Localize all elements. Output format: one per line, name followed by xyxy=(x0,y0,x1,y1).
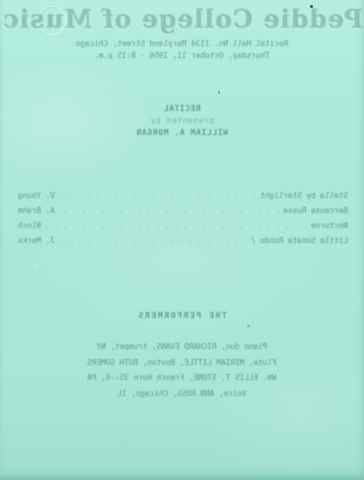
program-title: Nocturne xyxy=(311,221,348,230)
venue-address-line: Recital Hall No. 1134 Maryland Street, C… xyxy=(0,39,364,48)
program-row: Little Sonata Rondo / . . . . . . . . . … xyxy=(18,236,348,245)
recital-heading: RECITAL xyxy=(0,104,364,113)
event-date-line: Thursday, October 11, 1956 - 8:15 p.m. xyxy=(0,51,364,60)
program-title: Stella by Starlight xyxy=(260,191,348,200)
composer-name: A. Brahm xyxy=(18,206,55,215)
dot-leader: . . . . . . . . . . . . . . . . . . . . … xyxy=(58,236,248,245)
performer-line: Voice, ANN ROSS, Chicago, IL xyxy=(0,389,364,398)
show-through-layer: Peddie College of Music Recital Hall No.… xyxy=(0,0,364,480)
performer-line: Wm. ELLIS T. STONE, French Horn 35:-6, P… xyxy=(0,373,364,382)
scanned-program-page: { "paper_color": "#abe7d8", "ink_color":… xyxy=(0,0,364,480)
dot-leader: . . . . . . . . . . . . . . . . . . . . … xyxy=(58,206,280,215)
masthead-title: Peddie College of Music xyxy=(0,5,364,34)
program-list: Stella by Starlight . . . . . . . . . . … xyxy=(18,191,348,245)
program-row: Nocturne . . . . . . . . . . . . . . . .… xyxy=(18,221,348,230)
dot-leader: . . . . . . . . . . . . . . . . . . . . … xyxy=(58,191,257,200)
performer-line: Flute, MIRIAM LITTLE, Boston, RUTH SOMER… xyxy=(0,358,364,367)
composer-name: J. Marks xyxy=(18,236,55,245)
performers-list: Piano duo, RICHARD EVANS, trumpet, NY Fl… xyxy=(0,342,364,398)
dot-leader: . . . . . . . . . . . . . . . . . . . . … xyxy=(44,221,308,230)
presenter-name: WILLIAM A. MORGAN xyxy=(0,128,364,137)
composer-name: V. Young xyxy=(18,191,55,200)
composer-name: Bloch xyxy=(18,221,41,230)
program-title: Berceuse Russe xyxy=(283,206,348,215)
program-row: Stella by Starlight . . . . . . . . . . … xyxy=(18,191,348,200)
performers-heading: THE PERFORMERS xyxy=(0,311,364,320)
performer-line: Piano duo, RICHARD EVANS, trumpet, NY xyxy=(0,342,364,351)
presented-by-label: presented by xyxy=(0,116,364,125)
program-row: Berceuse Russe . . . . . . . . . . . . .… xyxy=(18,206,348,215)
program-title: Little Sonata Rondo / xyxy=(251,236,348,245)
